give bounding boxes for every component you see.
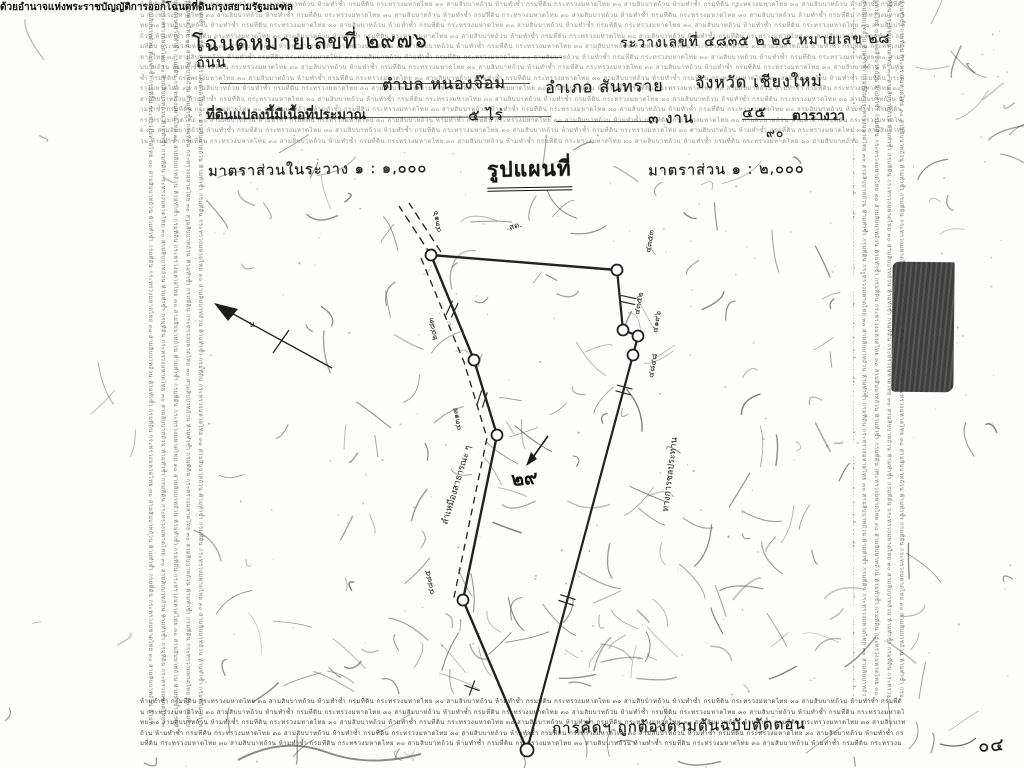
noise-stroke xyxy=(394,634,399,650)
noise-speck xyxy=(418,334,420,335)
noise-stroke xyxy=(117,633,131,645)
noise-stroke xyxy=(769,666,797,679)
noise-speck xyxy=(725,231,726,232)
noise-speck xyxy=(957,327,958,329)
noise-stroke xyxy=(238,190,255,205)
area-statement-label: ที่ดินแปลงนี้มีเนื้อที่ประมาณ xyxy=(206,103,366,125)
noise-stroke xyxy=(830,299,834,309)
noise-speck xyxy=(362,503,364,505)
noise-speck xyxy=(984,161,986,163)
noise-stroke xyxy=(459,570,473,597)
area-wa-value: ๔๕ xyxy=(742,100,767,124)
noise-stroke xyxy=(533,272,541,283)
noise-speck xyxy=(445,444,447,446)
noise-stroke xyxy=(344,424,346,449)
noise-stroke xyxy=(521,419,525,449)
noise-speck xyxy=(735,274,737,275)
noise-stroke xyxy=(760,426,763,468)
noise-speck xyxy=(310,358,311,359)
noise-stroke xyxy=(412,489,428,521)
noise-stroke xyxy=(345,578,347,591)
noise-stroke xyxy=(613,166,638,182)
noise-stroke xyxy=(636,677,677,680)
noise-stroke xyxy=(630,486,668,502)
noise-speck xyxy=(578,432,580,434)
noise-speck xyxy=(592,626,594,627)
noise-speck xyxy=(507,228,509,230)
noise-speck xyxy=(849,673,851,674)
microtext-band-left: ห้ามทำซ้ำ กรมที่ดิน กระทรวงมหาดไทย ๓๐ สา… xyxy=(146,0,206,728)
noise-speck xyxy=(478,633,480,634)
noise-stroke xyxy=(478,354,483,367)
noise-speck xyxy=(992,34,994,36)
noise-stroke xyxy=(568,501,611,508)
noise-speck xyxy=(913,438,914,439)
noise-stroke xyxy=(686,260,699,274)
noise-stroke xyxy=(822,293,841,300)
noise-speck xyxy=(610,182,611,184)
noise-stroke xyxy=(487,611,501,632)
noise-stroke xyxy=(403,375,420,403)
noise-stroke xyxy=(283,673,321,686)
noise-speck xyxy=(1001,240,1002,241)
footer-certification-handwriting: การคัดฯ ถูกต้องตามต้นฉบับตัดตอน xyxy=(552,712,806,740)
parcel-boundary xyxy=(399,203,638,750)
noise-stroke xyxy=(506,421,515,435)
noise-stroke xyxy=(804,633,839,643)
noise-speck xyxy=(488,630,489,631)
noise-speck xyxy=(603,465,605,466)
noise-speck xyxy=(565,583,567,585)
noise-speck xyxy=(731,694,733,696)
noise-speck xyxy=(705,642,707,643)
noise-speck xyxy=(283,295,284,296)
map-label: ๔๓๑๖ xyxy=(430,210,443,233)
noise-speck xyxy=(535,575,537,577)
noise-stroke xyxy=(450,263,458,290)
noise-stroke xyxy=(729,473,750,508)
noise-speck xyxy=(663,228,664,230)
noise-stroke xyxy=(479,647,492,676)
noise-speck xyxy=(292,627,294,628)
noise-speck xyxy=(962,93,963,94)
noise-stroke xyxy=(306,324,313,332)
noise-stroke xyxy=(382,679,399,694)
noise-speck xyxy=(431,496,432,498)
noise-speck xyxy=(320,233,321,234)
noise-stroke xyxy=(694,524,711,566)
noise-speck xyxy=(958,624,960,626)
noise-stroke xyxy=(383,217,398,252)
noise-speck xyxy=(360,208,362,209)
noise-speck xyxy=(997,76,999,77)
noise-speck xyxy=(453,153,454,155)
noise-speck xyxy=(589,550,591,552)
noise-speck xyxy=(941,253,943,255)
map-label: ๔๓๕๒ xyxy=(632,291,645,315)
noise-stroke xyxy=(986,424,997,433)
noise-stroke xyxy=(766,537,776,552)
noise-stroke xyxy=(741,394,760,415)
noise-speck xyxy=(338,514,339,516)
noise-speck xyxy=(659,393,661,395)
noise-stroke xyxy=(638,508,665,525)
noise-stroke xyxy=(599,615,604,628)
noise-speck xyxy=(298,262,300,264)
noise-speck xyxy=(956,342,958,343)
parcel-number-pointer xyxy=(526,436,548,466)
noise-stroke xyxy=(439,673,480,690)
noise-speck xyxy=(271,509,273,510)
noise-speck xyxy=(913,166,914,168)
noise-speck xyxy=(929,652,930,654)
noise-speck xyxy=(965,395,967,396)
noise-speck xyxy=(746,246,747,247)
noise-speck xyxy=(752,489,753,491)
noise-speck xyxy=(465,194,466,196)
noise-speck xyxy=(650,749,652,750)
noise-stroke xyxy=(144,758,157,766)
map-label-group: ๔๓๑๖๔๓๕๓๔๓๕๒๔๑๙๖๔๘๔๘๒๔๘๓๔๓๑๗๔๘๘๕สด.นลำเห… xyxy=(249,210,680,595)
noise-speck xyxy=(417,413,418,415)
noise-speck xyxy=(665,251,666,253)
noise-stroke xyxy=(573,456,579,467)
noise-stroke xyxy=(431,332,460,354)
noise-speck xyxy=(273,558,274,560)
noise-speck xyxy=(991,286,993,288)
noise-speck xyxy=(963,747,964,748)
noise-stroke xyxy=(601,644,632,661)
noise-speck xyxy=(690,241,692,242)
noise-stroke xyxy=(988,125,1024,140)
noise-speck xyxy=(472,643,474,644)
noise-stroke xyxy=(470,644,487,659)
noise-speck xyxy=(476,295,477,296)
noise-stroke xyxy=(362,649,379,652)
noise-stroke xyxy=(32,622,41,623)
noise-speck xyxy=(580,551,581,552)
noise-speck xyxy=(439,312,440,314)
noise-stroke xyxy=(667,447,681,453)
noise-stroke xyxy=(909,721,918,749)
noise-stroke xyxy=(263,203,271,219)
noise-stroke xyxy=(219,474,244,477)
noise-stroke xyxy=(715,585,726,616)
noise-speck xyxy=(185,765,186,766)
ink-stamp-smudge xyxy=(891,262,954,393)
noise-speck xyxy=(578,576,580,577)
noise-speck xyxy=(993,374,994,376)
noise-stroke xyxy=(546,275,557,281)
map-label: ๔๓๑๗ xyxy=(450,407,463,431)
deed-number-handwriting: โฉนดหมายเลขที่ ๒๙๗๖ xyxy=(192,24,428,61)
noise-stroke xyxy=(1000,154,1024,174)
noise-stroke xyxy=(601,657,643,662)
noise-speck xyxy=(358,452,359,453)
noise-stroke xyxy=(515,426,552,452)
noise-speck xyxy=(412,758,414,760)
noise-speck xyxy=(425,539,426,540)
noise-stroke xyxy=(711,608,723,634)
noise-speck xyxy=(723,619,724,620)
noise-stroke xyxy=(726,301,736,321)
map-label: น xyxy=(249,320,255,330)
noise-stroke xyxy=(645,631,650,662)
noise-stroke xyxy=(434,407,464,424)
noise-stroke xyxy=(967,63,975,73)
noise-stroke xyxy=(425,443,428,461)
noise-stroke xyxy=(594,637,612,671)
noise-stroke xyxy=(451,469,472,475)
noise-speck xyxy=(826,445,828,447)
sheet-scale-label: มาตราส่วนในระวาง ๑ : ๑,๐๐๐ xyxy=(208,156,428,183)
noise-stroke xyxy=(445,614,452,628)
noise-speck xyxy=(1005,589,1006,590)
noise-stroke xyxy=(328,671,355,683)
header-rule-line xyxy=(200,57,562,58)
noise-speck xyxy=(539,361,541,363)
noise-stroke xyxy=(647,653,657,660)
noise-speck xyxy=(329,461,331,462)
noise-speck xyxy=(981,137,983,139)
noise-speck xyxy=(565,654,567,655)
noise-speck xyxy=(557,216,559,217)
noise-speck xyxy=(629,230,630,232)
header-rule-line xyxy=(556,121,652,122)
noise-stroke xyxy=(321,306,333,326)
noise-stroke xyxy=(246,559,251,566)
noise-stroke xyxy=(345,193,352,202)
noise-stroke xyxy=(1004,103,1015,109)
noise-stroke xyxy=(306,214,338,220)
noise-stroke xyxy=(814,337,834,350)
noise-speck xyxy=(758,551,759,553)
noise-stroke xyxy=(637,298,654,328)
parcel-number: ๒๙ xyxy=(510,466,539,491)
noise-stroke xyxy=(710,646,732,661)
map-label: ลำเหมืองสาธารณะ ๆ xyxy=(439,444,474,526)
noise-stroke xyxy=(799,505,810,530)
noise-stroke xyxy=(631,645,637,678)
noise-speck xyxy=(240,500,242,502)
noise-speck xyxy=(257,188,258,190)
noise-stroke xyxy=(625,311,631,326)
noise-speck xyxy=(794,459,795,460)
noise-stroke xyxy=(25,19,44,60)
noise-stroke xyxy=(452,250,476,267)
noise-speck xyxy=(441,645,443,647)
noise-stroke xyxy=(547,190,577,218)
noise-speck xyxy=(742,609,744,611)
noise-stroke xyxy=(511,598,523,621)
noise-speck xyxy=(457,546,459,548)
road-dashed-line xyxy=(399,206,431,255)
noise-stroke xyxy=(5,708,10,721)
noise-speck xyxy=(413,506,415,508)
map-label: ๔๘๘๕ xyxy=(423,570,436,596)
noise-stroke xyxy=(273,621,312,627)
noise-stroke xyxy=(854,757,855,767)
tambon-field: ตำบล หนองจ๊อม xyxy=(382,71,506,98)
noise-stroke xyxy=(248,612,261,655)
noise-speck xyxy=(637,763,638,765)
noise-stroke xyxy=(915,66,949,69)
noise-stroke xyxy=(714,202,717,231)
noise-speck xyxy=(348,332,350,334)
noise-stroke xyxy=(423,265,431,274)
noise-stroke xyxy=(908,543,909,579)
noise-speck xyxy=(754,257,755,259)
noise-speck xyxy=(614,241,615,242)
noise-speck xyxy=(554,318,555,320)
noise-stroke xyxy=(39,136,48,142)
noise-speck xyxy=(653,679,654,680)
noise-stroke xyxy=(589,645,603,668)
noise-stroke xyxy=(381,224,394,243)
sheet-number-handwriting: ระวางเลขที่ ๔๘๓๕ ๒ ๒๔ หมายเลข ๒๘ xyxy=(620,28,890,55)
noise-stroke xyxy=(951,51,987,78)
noise-stroke xyxy=(386,282,396,306)
noise-stroke xyxy=(684,212,697,218)
noise-stroke xyxy=(660,542,666,565)
map-label: สด. xyxy=(508,220,523,232)
noise-speck xyxy=(365,642,366,643)
noise-stroke xyxy=(570,226,606,234)
noise-stroke xyxy=(772,230,779,272)
noise-stroke xyxy=(627,389,643,432)
noise-speck xyxy=(421,607,423,608)
map-label: ทางการชลประทาน xyxy=(661,437,680,513)
noise-stroke xyxy=(389,618,428,640)
noise-stroke xyxy=(486,441,518,464)
area-ngan-value: ๓ งาน xyxy=(648,106,694,131)
noise-stroke xyxy=(475,297,489,302)
noise-stroke xyxy=(344,661,361,668)
noise-speck xyxy=(638,657,639,659)
noise-speck xyxy=(405,610,406,611)
noise-stroke xyxy=(98,362,114,405)
noise-stroke xyxy=(907,553,942,583)
noise-stroke xyxy=(421,531,426,549)
header-rule-line xyxy=(742,119,840,120)
noise-speck xyxy=(834,266,835,267)
noise-stroke xyxy=(644,351,673,363)
noise-stroke xyxy=(830,608,843,619)
noise-stroke xyxy=(653,599,668,627)
noise-speck xyxy=(492,665,493,666)
noise-speck xyxy=(660,472,661,474)
noise-stroke xyxy=(919,663,926,699)
noise-stroke xyxy=(488,632,511,654)
changwat-field: จังหวัด เชียงใหม่ xyxy=(695,69,823,96)
noise-stroke xyxy=(931,0,948,24)
noise-speck xyxy=(622,675,623,677)
noise-stroke xyxy=(579,571,621,588)
noise-speck xyxy=(1010,564,1012,566)
noise-speck xyxy=(677,570,679,572)
noise-stroke xyxy=(394,334,424,349)
noise-speck xyxy=(934,409,935,411)
noise-stroke xyxy=(611,610,638,629)
noise-speck xyxy=(700,510,701,511)
noise-speck xyxy=(991,257,992,259)
noise-stroke xyxy=(743,534,751,539)
noise-stroke xyxy=(651,239,656,255)
noise-speck xyxy=(830,222,832,223)
noise-stroke xyxy=(648,492,674,497)
noise-stroke xyxy=(678,761,721,765)
noise-stroke xyxy=(572,386,585,394)
noise-stroke xyxy=(577,342,607,376)
noise-stroke xyxy=(559,675,596,679)
noise-stroke xyxy=(405,558,430,584)
noise-speck xyxy=(318,237,319,238)
noise-stroke xyxy=(593,591,621,603)
noise-stroke xyxy=(386,291,391,318)
ditch-parallel-line xyxy=(421,258,487,602)
noise-speck xyxy=(688,154,690,155)
noise-stroke xyxy=(834,442,843,444)
map-label: ๔๑๙๖ xyxy=(650,310,663,333)
noise-stroke xyxy=(628,313,640,332)
noise-stroke xyxy=(529,196,536,221)
noise-speck xyxy=(742,512,743,514)
noise-stroke xyxy=(324,330,331,373)
noise-speck xyxy=(753,342,755,343)
noise-stroke xyxy=(918,159,948,180)
noise-speck xyxy=(534,578,536,580)
noise-speck xyxy=(612,427,613,429)
noise-speck xyxy=(420,247,421,248)
noise-stroke xyxy=(683,518,713,528)
noise-stroke xyxy=(594,387,614,414)
noise-stroke xyxy=(543,604,576,636)
noise-speck xyxy=(735,185,737,187)
noise-stroke xyxy=(767,613,787,647)
noise-stroke xyxy=(585,345,612,352)
noise-stroke xyxy=(414,642,423,668)
noise-speck xyxy=(934,76,935,78)
noise-stroke xyxy=(911,632,920,650)
noise-stroke xyxy=(349,582,354,591)
noise-speck xyxy=(234,633,235,635)
noise-stroke xyxy=(983,83,1004,100)
noise-speck xyxy=(681,654,682,656)
noise-stroke xyxy=(602,413,608,423)
noise-stroke xyxy=(771,633,789,647)
noise-speck xyxy=(982,54,984,55)
noise-stroke xyxy=(130,430,135,457)
noise-speck xyxy=(962,335,963,337)
noise-stroke xyxy=(621,408,628,416)
noise-speck xyxy=(240,585,241,586)
noise-stroke xyxy=(679,564,705,599)
noise-stroke xyxy=(956,90,989,120)
noise-speck xyxy=(347,523,349,524)
noise-stroke xyxy=(557,291,579,297)
noise-stroke xyxy=(370,514,376,533)
noise-stroke xyxy=(815,639,841,651)
noise-stroke xyxy=(485,458,502,485)
area-rai-value: ๕ ไร่ xyxy=(468,103,504,128)
noise-stroke xyxy=(356,402,391,428)
noise-stroke xyxy=(964,423,974,457)
noise-stroke xyxy=(563,598,573,623)
noise-stroke xyxy=(637,610,649,623)
noise-speck xyxy=(610,660,612,661)
noise-stroke xyxy=(395,749,399,759)
noise-stroke xyxy=(460,620,461,632)
